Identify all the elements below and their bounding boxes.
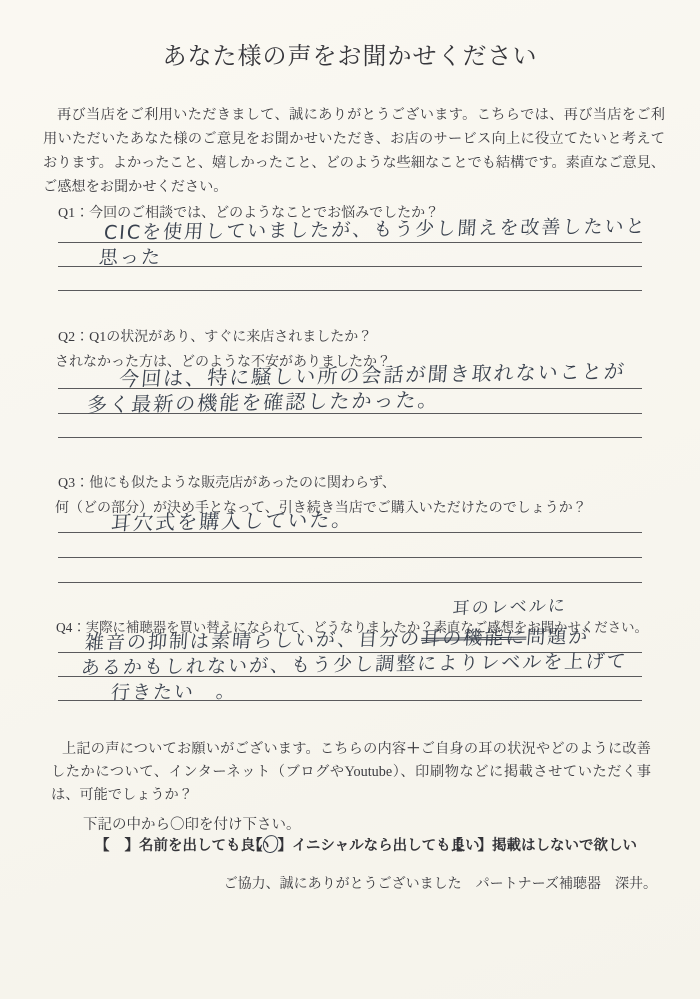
footer-thanks: ご協力、誠にありがとうございました パートナーズ補聴器 深井。 [224, 873, 657, 893]
q4-handwritten-answer-3: 行きたい 。 [110, 676, 238, 705]
page-title: あなた様の声をお聞かせください [0, 36, 700, 71]
option-no-publication: 【】掲載はしないで欲しい [448, 834, 637, 855]
circle-instruction: 下記の中から〇印を付け下さい。 [83, 813, 301, 834]
option-label: 掲載はしないで欲しい [492, 838, 637, 854]
scanned-survey-page: あなた様の声をお聞かせください 再び当店をご利用いただきまして、誠にありがとうご… [0, 0, 700, 999]
plus-sign: ＋ [406, 741, 420, 757]
option-mark-slot [263, 835, 278, 853]
q4-handwritten-answer-2: あるかもしれないが、もう少し調整によりレベルを上げて [80, 646, 629, 680]
bracket-close: 】 [478, 838, 493, 854]
bracket-close: 】 [125, 838, 140, 854]
option-allow-name: 【】名前を出しても良い [95, 834, 270, 855]
option-mark-slot [463, 835, 478, 853]
bracket-open: 【 [448, 838, 463, 854]
handwritten-circle-mark [261, 834, 279, 854]
bracket-open: 【 [248, 838, 263, 854]
intro-paragraph: 再び当店をご利用いただきまして、誠にありがとうございます。こちらでは、再び当店を… [43, 103, 665, 199]
q4-handwritten-insertion: 耳のレベルに [452, 591, 568, 619]
q2-answer-line-3 [58, 437, 642, 438]
bracket-close: 】 [278, 838, 293, 854]
q4-answer1-post: 問題が [526, 626, 591, 649]
q1-handwritten-answer-1: CICを使用していましたが、もう少し聞えを改善したいと [103, 211, 648, 245]
q2-handwritten-answer-2: 多く最新の機能を確認したかった。 [86, 383, 441, 418]
publish-request-pre: 上記の声についてお願いがございます。こちらの内容 [62, 741, 406, 757]
q2-label-line1: Q2：Q1の状況があり、すぐに来店されましたか？ [58, 326, 372, 346]
q3-handwritten-answer-1: 耳穴式を購入していた。 [110, 503, 355, 536]
q4-answer1-struck-text: 耳の機能に [420, 627, 527, 650]
option-mark-slot [110, 835, 125, 853]
q1-handwritten-answer-2: 思った [98, 242, 163, 270]
q3-answer-line-2 [58, 557, 642, 558]
q3-label-line1: Q3：他にも似たような販売店があったのに関わらず、 [58, 472, 396, 492]
option-allow-initials: 【】イニシャルなら出しても良い [248, 834, 480, 855]
publish-request-paragraph: 上記の声についてお願いがございます。こちらの内容＋ご自身の耳の状況やどのように改… [51, 738, 651, 807]
bracket-open: 【 [95, 838, 110, 854]
q3-answer-line-3 [58, 582, 642, 583]
publish-options-row: 【】名前を出しても良い 【】イニシャルなら出しても良い 【】掲載はしないで欲しい [0, 834, 700, 860]
q1-answer-line-3 [58, 290, 642, 291]
